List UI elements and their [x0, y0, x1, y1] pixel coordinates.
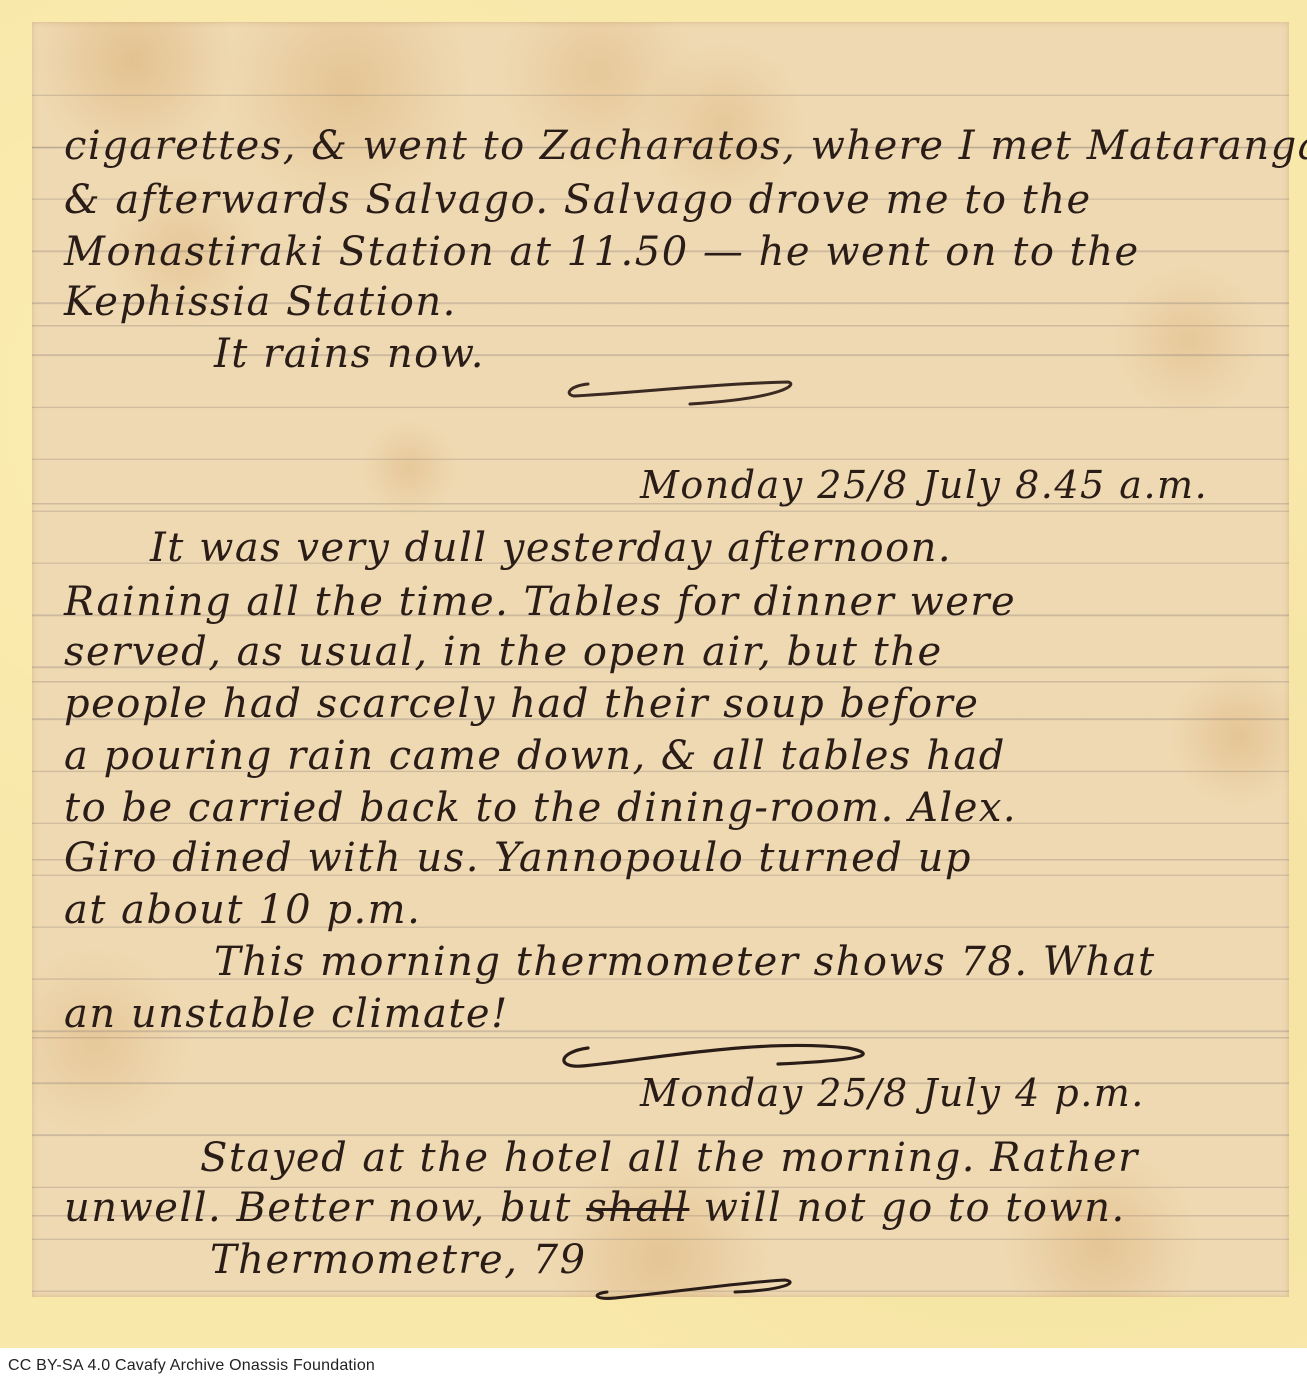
- text-line-11: to be carried back to the dining-room. A…: [64, 788, 1017, 828]
- struck-out-word: shall: [586, 1185, 689, 1231]
- text-line-17-suffix: will not go to town.: [704, 1185, 1126, 1231]
- text-line-6: It was very dull yesterday afternoon.: [150, 528, 952, 568]
- flourish-divider-icon: [585, 1268, 805, 1304]
- text-line-13: at about 10 p.m.: [64, 890, 421, 930]
- text-line-17: unwell. Better now, but shall will not g…: [64, 1188, 1126, 1228]
- text-line-9: people had scarcely had their soup befor…: [64, 684, 979, 724]
- text-line-18: Thermometre, 79: [210, 1240, 587, 1280]
- text-line-5: It rains now.: [214, 334, 485, 374]
- text-line-10: a pouring rain came down, & all tables h…: [64, 736, 1006, 776]
- text-line-16: Stayed at the hotel all the morning. Rat…: [200, 1138, 1139, 1178]
- text-line-3: Monastiraki Station at 11.50 — he went o…: [64, 232, 1140, 272]
- text-line-8: served, as usual, in the open air, but t…: [64, 632, 943, 672]
- entry-heading-monday-am: Monday 25/8 July 8.45 a.m.: [640, 466, 1208, 504]
- text-line-1: cigarettes, & went to Zacharatos, where …: [64, 126, 1307, 166]
- text-line-17-prefix: unwell. Better now, but: [64, 1185, 572, 1231]
- text-line-15: an unstable climate!: [64, 994, 509, 1034]
- text-line-4: Kephissia Station.: [64, 282, 457, 322]
- text-line-14: This morning thermometer shows 78. What: [214, 942, 1156, 982]
- license-caption: CC BY-SA 4.0 Cavafy Archive Onassis Foun…: [8, 1357, 375, 1375]
- text-line-7: Raining all the time. Tables for dinner …: [64, 582, 1016, 622]
- text-line-12: Giro dined with us. Yannopoulo turned up: [64, 838, 972, 878]
- text-line-2: & afterwards Salvago. Salvago drove me t…: [64, 180, 1092, 220]
- flourish-divider-icon: [560, 372, 800, 412]
- entry-heading-monday-pm: Monday 25/8 July 4 p.m.: [640, 1074, 1145, 1112]
